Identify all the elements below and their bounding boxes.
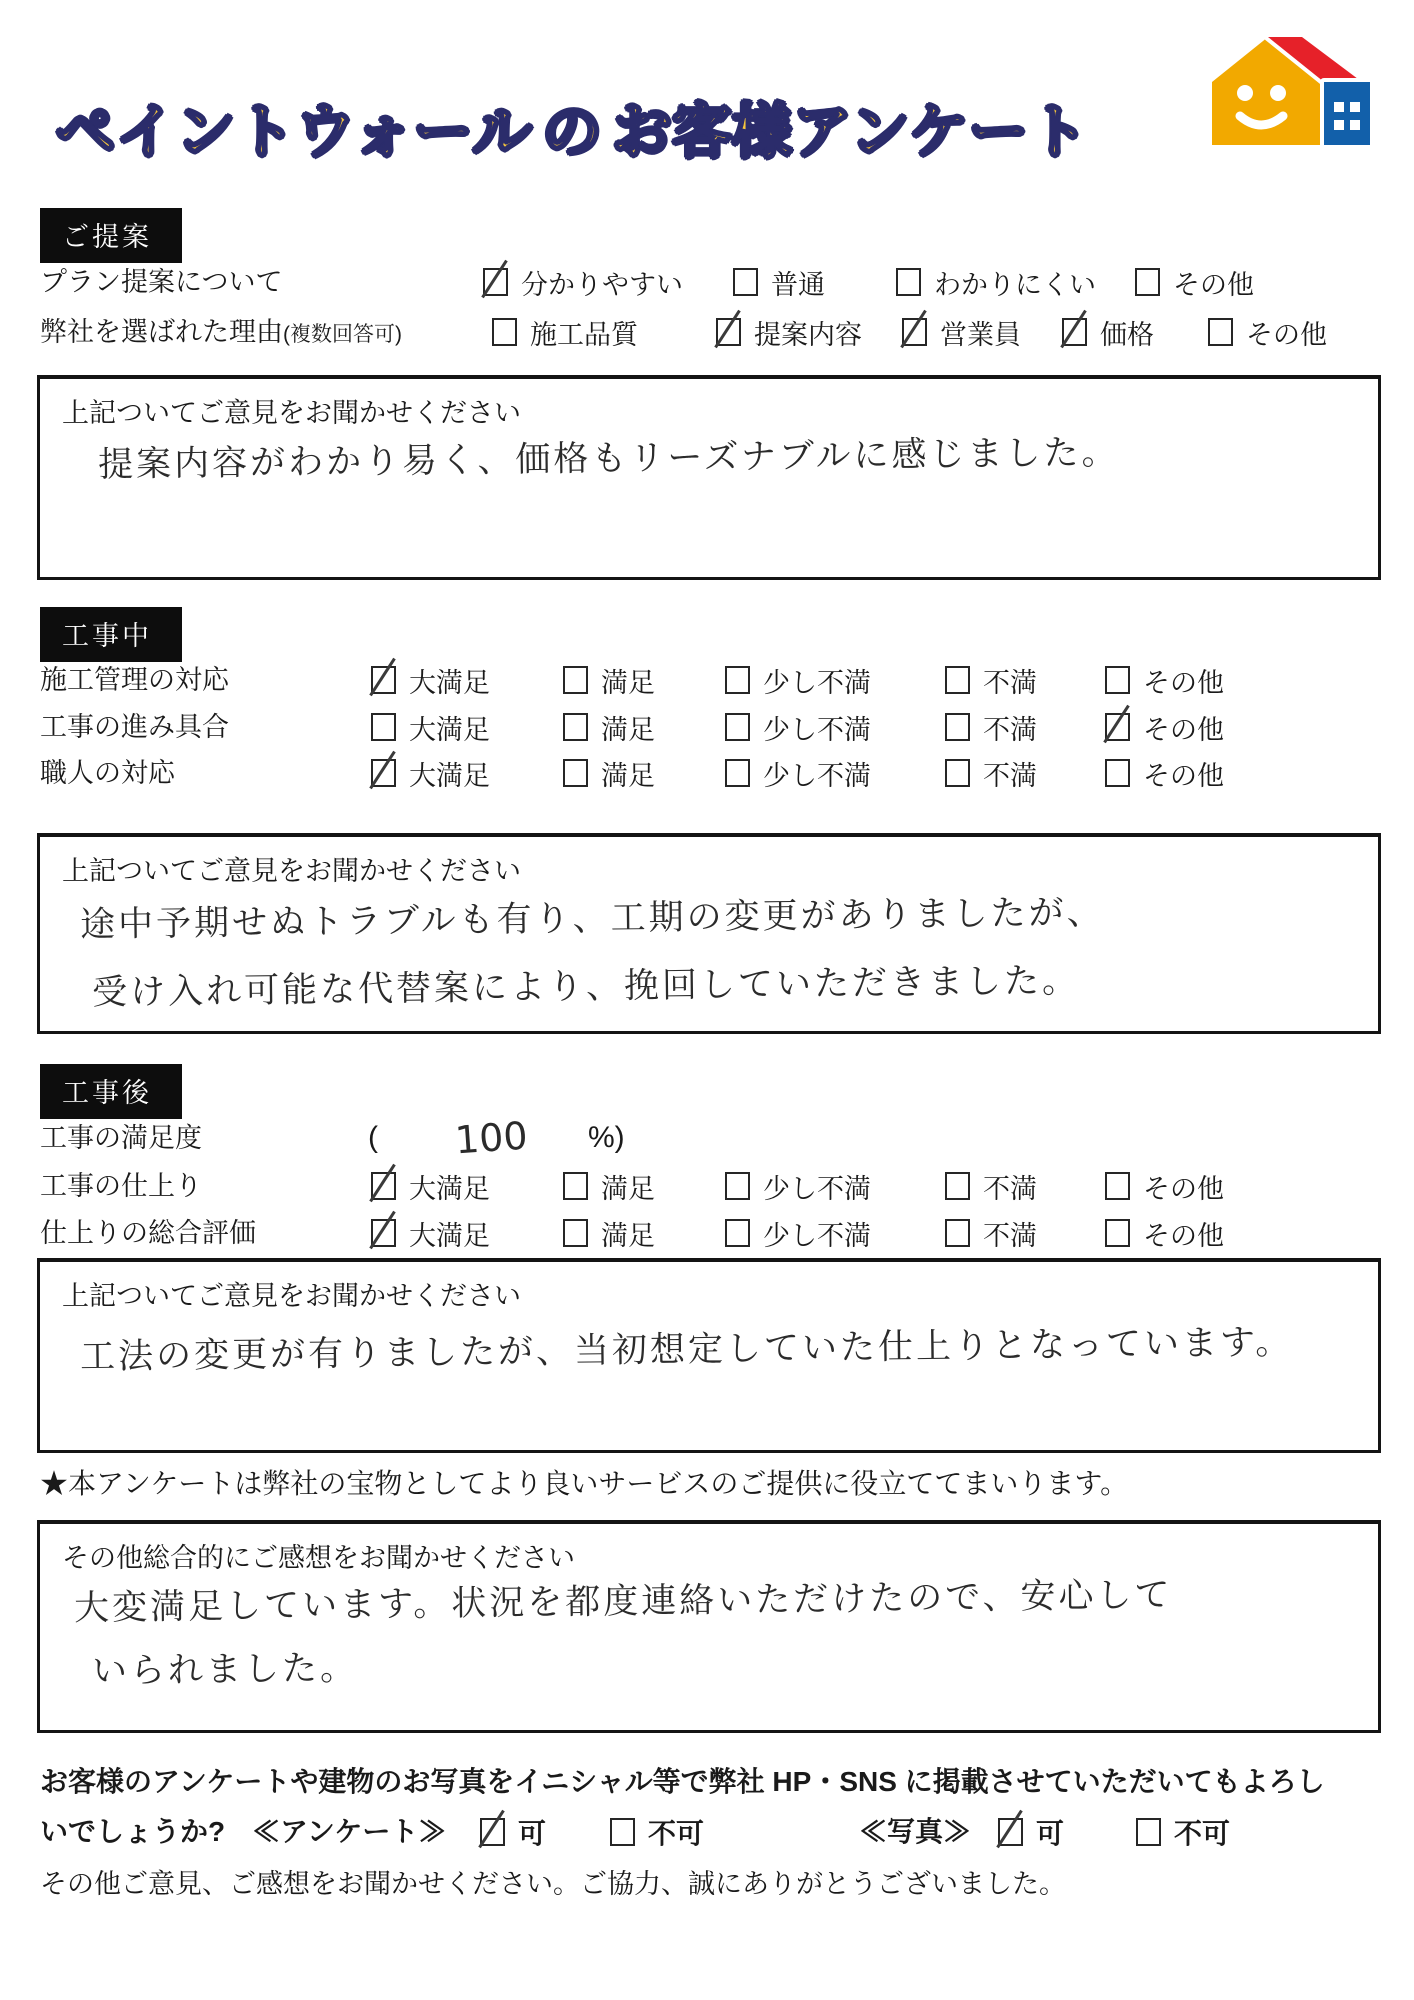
option-label: 少し不満 <box>763 661 871 700</box>
checkbox-sukoshi-fuman[interactable] <box>725 1172 750 1200</box>
title-particle: の <box>542 99 602 165</box>
option-label: 不可 <box>1174 1812 1230 1852</box>
option: 少し不満 <box>725 707 871 747</box>
option: 普通 <box>733 262 825 302</box>
row-label: 工事の進み具合 <box>40 707 229 747</box>
checkbox-survey-ok[interactable] <box>480 1818 505 1846</box>
checkbox-daimanzoku[interactable] <box>371 713 396 741</box>
option-label: 大満足 <box>409 1214 490 1253</box>
option: 満足 <box>563 1213 655 1253</box>
option: その他 <box>1135 262 1254 302</box>
option-label: 少し不満 <box>763 1214 871 1253</box>
title-brand: ペイントウォール <box>56 99 532 165</box>
publish-line2-prefix: いでしょうか? <box>40 1812 225 1852</box>
survey-row-plan: プラン提案について 分かりやすい 普通 わかりにくい その他 <box>0 262 1414 302</box>
comment-box-proposal[interactable]: 上記ついてご意見をお聞かせください 提案内容がわかり易く、価格もリーズナブルに感… <box>37 375 1381 580</box>
comment-box-during[interactable]: 上記ついてご意見をお聞かせください 途中予期せぬトラブルも有り、工期の変更があり… <box>37 833 1381 1034</box>
star-note: ★本アンケートは弊社の宝物としてより良いサービスのご提供に役立ててまいります。 <box>40 1462 1128 1502</box>
option: 満足 <box>563 753 655 793</box>
checkbox-daimanzoku[interactable] <box>371 666 396 694</box>
option: わかりにくい <box>896 262 1096 302</box>
checkbox-manzoku[interactable] <box>563 1172 588 1200</box>
checkbox-sonota[interactable] <box>1105 759 1130 787</box>
option-label: その他 <box>1143 708 1224 747</box>
row-label: 工事の仕上り <box>40 1166 202 1206</box>
option: 不可 <box>1136 1812 1230 1852</box>
survey-row-craftsmen: 職人の対応 大満足 満足 少し不満 不満 その他 <box>0 753 1414 793</box>
checkbox-wakariyasui[interactable] <box>483 268 508 296</box>
handwritten-comment: 提案内容がわかり易く、価格もリーズナブルに感じました。 <box>98 425 1120 487</box>
option-label: 満足 <box>601 661 655 700</box>
option: 提案内容 <box>716 312 862 352</box>
handwritten-comment-line2: いられました。 <box>92 1640 359 1693</box>
option: 不満 <box>945 1166 1037 1206</box>
option-label: その他 <box>1143 1214 1224 1253</box>
option: 営業員 <box>902 312 1021 352</box>
option: その他 <box>1105 753 1224 793</box>
checkbox-fuman[interactable] <box>945 713 970 741</box>
photo-bracket-label: ≪写真≫ <box>859 1812 971 1852</box>
survey-row-overall-finish: 仕上りの総合評価 大満足 満足 少し不満 不満 その他 <box>0 1213 1414 1253</box>
option: 不満 <box>945 707 1037 747</box>
option-label: 満足 <box>601 708 655 747</box>
option: 可 <box>480 1812 546 1852</box>
checkbox-sukoshi-fuman[interactable] <box>725 759 750 787</box>
checkbox-manzoku[interactable] <box>563 666 588 694</box>
checkbox-sonota[interactable] <box>1135 268 1160 296</box>
option: 分かりやすい <box>483 262 683 302</box>
row-label: 弊社を選ばれた理由(複数回答可) <box>40 312 402 355</box>
option-label: 可 <box>1036 1812 1064 1852</box>
survey-row-finish: 工事の仕上り 大満足 満足 少し不満 不満 その他 <box>0 1166 1414 1206</box>
checkbox-manzoku[interactable] <box>563 713 588 741</box>
survey-row-satisfaction: 工事の満足度 ( 100 %) <box>0 1118 1414 1158</box>
option: その他 <box>1105 660 1224 700</box>
closing-message: その他ご意見、ご感想をお聞かせください。ご協力、誠にありがとうございました。 <box>40 1862 1066 1901</box>
handwritten-comment-line1: 途中予期せぬトラブルも有り、工期の変更がありましたが、 <box>80 885 1105 948</box>
option-label: 提案内容 <box>754 313 862 352</box>
option: 少し不満 <box>725 1166 871 1206</box>
row-label: プラン提案について <box>40 262 282 302</box>
section-tag-proposal: ご提案 <box>40 208 182 263</box>
handwritten-comment-line1: 大変満足しています。状況を都度連絡いただけたので、安心して <box>74 1567 1173 1630</box>
option-label: その他 <box>1246 313 1327 352</box>
checkbox-futsuu[interactable] <box>733 268 758 296</box>
option-label: その他 <box>1143 1167 1224 1206</box>
comment-prompt: 上記ついてご意見をお聞かせください <box>62 1274 521 1313</box>
option-label: 大満足 <box>409 1167 490 1206</box>
overall-comment-prompt: その他総合的にご感想をお聞かせください <box>62 1536 575 1575</box>
checkbox-fuman[interactable] <box>945 759 970 787</box>
row-label-note: (複数回答可) <box>283 323 402 346</box>
option-label: その他 <box>1173 263 1254 302</box>
option-label: 満足 <box>601 754 655 793</box>
paren-open: ( <box>368 1118 378 1158</box>
option-label: 不満 <box>983 1214 1037 1253</box>
survey-row-reason: 弊社を選ばれた理由(複数回答可) 施工品質 提案内容 営業員 価格 その他 <box>0 312 1414 352</box>
comment-prompt: 上記ついてご意見をお聞かせください <box>62 391 521 430</box>
option-label: 少し不満 <box>763 708 871 747</box>
section-tag-during: 工事中 <box>40 607 182 662</box>
option-label: 大満足 <box>409 754 490 793</box>
checkbox-manzoku[interactable] <box>563 759 588 787</box>
option: その他 <box>1105 707 1224 747</box>
option-label: 価格 <box>1100 313 1154 352</box>
title-suffix: お客様アンケート <box>612 99 1088 165</box>
option-label: 不満 <box>983 661 1037 700</box>
option-label: 不可 <box>648 1812 704 1852</box>
checkbox-sonota[interactable] <box>1105 1219 1130 1247</box>
logo-eye-left <box>1237 85 1253 101</box>
checkbox-sukoshi-fuman[interactable] <box>725 713 750 741</box>
checkbox-eigyouin[interactable] <box>902 318 927 346</box>
option: 価格 <box>1062 312 1154 352</box>
checkbox-daimanzoku[interactable] <box>371 759 396 787</box>
page-title: ペイントウォールのお客様アンケート <box>56 84 1089 169</box>
option-label: 分かりやすい <box>521 263 683 302</box>
checkbox-sonota[interactable] <box>1208 318 1233 346</box>
comment-box-after[interactable]: 上記ついてご意見をお聞かせください 工法の変更が有りましたが、当初想定していた仕… <box>37 1258 1381 1453</box>
option: 可 <box>998 1812 1064 1852</box>
survey-page: ペイントウォールのお客様アンケート ご提案 プラン提案について 分かりやすい 普… <box>0 0 1414 2000</box>
checkbox-teian-naiyou[interactable] <box>716 318 741 346</box>
survey-row-progress: 工事の進み具合 大満足 満足 少し不満 不満 その他 <box>0 707 1414 747</box>
option-label: 普通 <box>771 263 825 302</box>
option: 満足 <box>563 660 655 700</box>
handwritten-comment: 工法の変更が有りましたが、当初想定していた仕上りとなっています。 <box>80 1315 1294 1380</box>
checkbox-fuman[interactable] <box>945 666 970 694</box>
option-label: 少し不満 <box>763 754 871 793</box>
option: 大満足 <box>371 707 490 747</box>
comment-box-overall[interactable]: その他総合的にご感想をお聞かせください 大変満足しています。状況を都度連絡いただ… <box>37 1520 1381 1733</box>
option-label: 少し不満 <box>763 1167 871 1206</box>
checkbox-survey-ng[interactable] <box>610 1818 635 1846</box>
logo-annex <box>1324 82 1370 145</box>
row-label: 職人の対応 <box>40 753 175 793</box>
paren-close: %) <box>588 1118 625 1158</box>
checkbox-sonota[interactable] <box>1105 666 1130 694</box>
option: 大満足 <box>371 1213 490 1253</box>
row-label: 施工管理の対応 <box>40 660 229 700</box>
checkbox-fuman[interactable] <box>945 1219 970 1247</box>
checkbox-daimanzoku[interactable] <box>371 1219 396 1247</box>
checkbox-wakarinikui[interactable] <box>896 268 921 296</box>
comment-prompt: 上記ついてご意見をお聞かせください <box>62 849 521 888</box>
survey-bracket-label: ≪アンケート≫ <box>252 1812 446 1852</box>
option: その他 <box>1105 1213 1224 1253</box>
row-label: 仕上りの総合評価 <box>40 1213 256 1253</box>
checkbox-sonota[interactable] <box>1105 1172 1130 1200</box>
option-label: その他 <box>1143 754 1224 793</box>
option-label: 不満 <box>983 754 1037 793</box>
option: 大満足 <box>371 753 490 793</box>
option-label: 営業員 <box>940 313 1021 352</box>
option-label: 大満足 <box>409 661 490 700</box>
company-logo-house-icon <box>1198 30 1386 152</box>
checkbox-sekou-hinshitsu[interactable] <box>492 318 517 346</box>
option-label: 施工品質 <box>530 313 638 352</box>
publish-consent-line2: いでしょうか? ≪アンケート≫ 可 不可 ≪写真≫ 可 不可 <box>0 1812 1414 1852</box>
option-label: 不満 <box>983 1167 1037 1206</box>
option-label: 満足 <box>601 1214 655 1253</box>
option: 施工品質 <box>492 312 638 352</box>
option: 少し不満 <box>725 660 871 700</box>
checkbox-sonota[interactable] <box>1105 713 1130 741</box>
row-label: 工事の満足度 <box>40 1118 202 1158</box>
option-label: 可 <box>518 1812 546 1852</box>
checkbox-fuman[interactable] <box>945 1172 970 1200</box>
section-tag-after: 工事後 <box>40 1064 182 1119</box>
option: 大満足 <box>371 660 490 700</box>
handwritten-satisfaction-value: 100 <box>454 1114 529 1163</box>
option: 不満 <box>945 753 1037 793</box>
checkbox-manzoku[interactable] <box>563 1219 588 1247</box>
logo-eye-right <box>1270 85 1286 101</box>
option-label: 満足 <box>601 1167 655 1206</box>
option: 満足 <box>563 1166 655 1206</box>
option: その他 <box>1105 1166 1224 1206</box>
option-label: 不満 <box>983 708 1037 747</box>
survey-row-management: 施工管理の対応 大満足 満足 少し不満 不満 その他 <box>0 660 1414 700</box>
option: 不満 <box>945 660 1037 700</box>
handwritten-comment-line2: 受け入れ可能な代替案により、挽回していただきました。 <box>92 953 1081 1015</box>
option: 少し不満 <box>725 753 871 793</box>
option-label: その他 <box>1143 661 1224 700</box>
checkbox-kakaku[interactable] <box>1062 318 1087 346</box>
option-label: 大満足 <box>409 708 490 747</box>
option: その他 <box>1208 312 1327 352</box>
checkbox-photo-ng[interactable] <box>1136 1818 1161 1846</box>
option: 満足 <box>563 707 655 747</box>
checkbox-sukoshi-fuman[interactable] <box>725 666 750 694</box>
publish-consent-line1: お客様のアンケートや建物のお写真をイニシャル等で弊社 HP・SNS に掲載させて… <box>40 1760 1325 1800</box>
option: 不可 <box>610 1812 704 1852</box>
checkbox-sukoshi-fuman[interactable] <box>725 1219 750 1247</box>
option: 大満足 <box>371 1166 490 1206</box>
option: 少し不満 <box>725 1213 871 1253</box>
option-label: わかりにくい <box>934 263 1096 302</box>
checkbox-photo-ok[interactable] <box>998 1818 1023 1846</box>
checkbox-daimanzoku[interactable] <box>371 1172 396 1200</box>
option: 不満 <box>945 1213 1037 1253</box>
